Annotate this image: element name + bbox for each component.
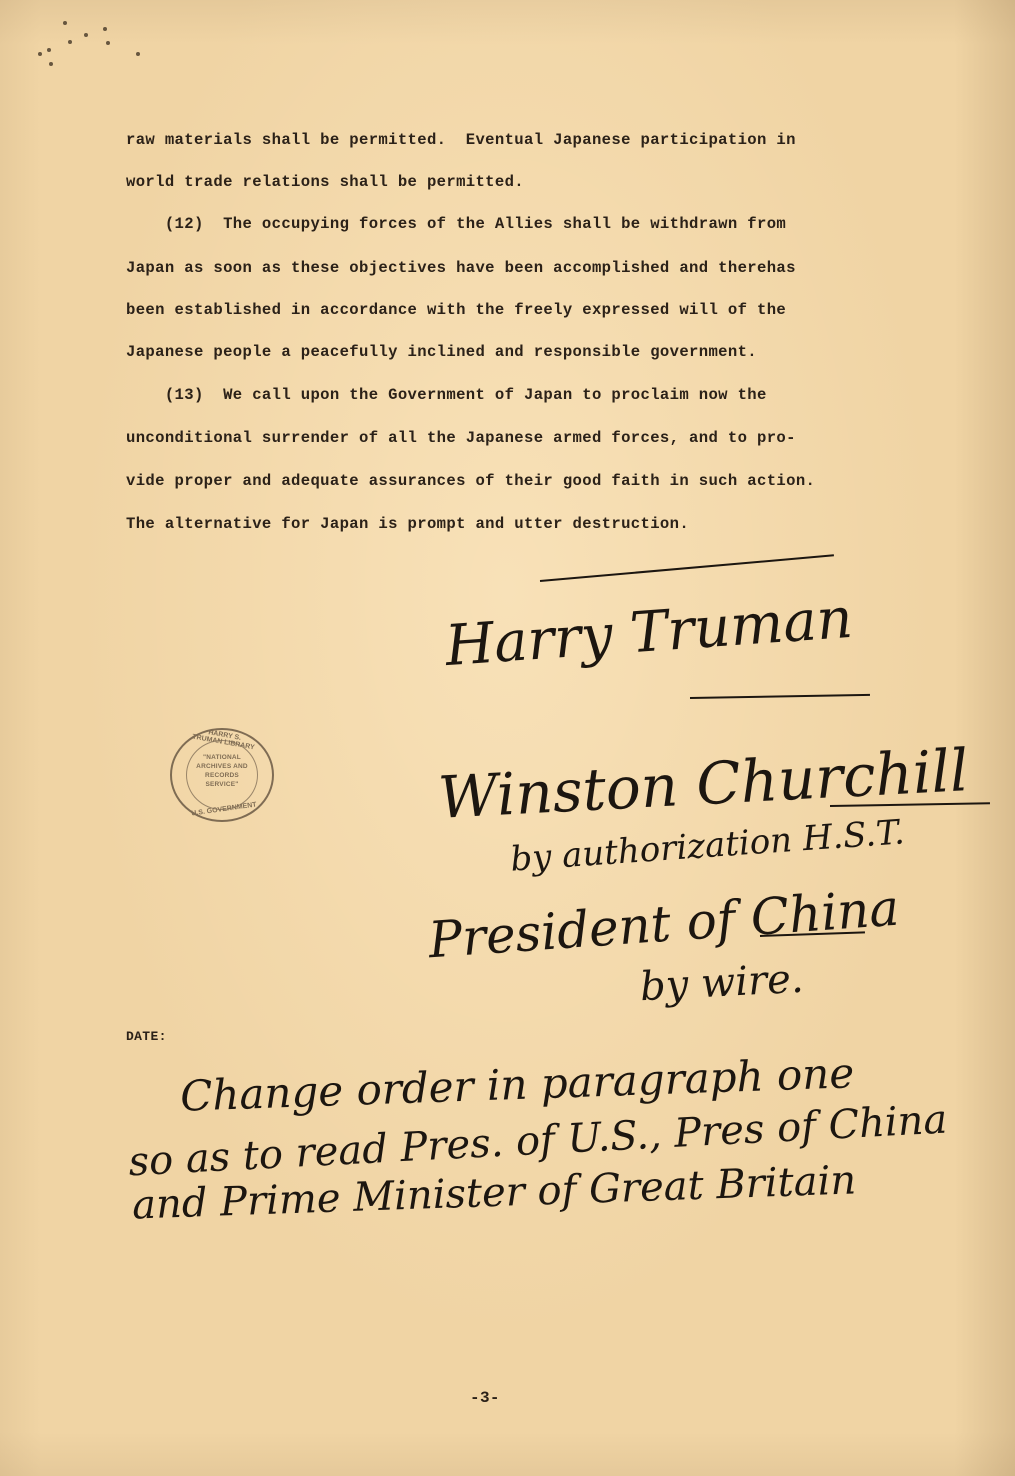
- date-label: DATE:: [126, 1027, 866, 1047]
- signature-flourish: [540, 554, 834, 582]
- stamp-text: ARCHIVES AND: [172, 763, 272, 771]
- document-page: raw materials shall be permitted. Eventu…: [0, 0, 1015, 1476]
- text-line: world trade relations shall be permitted…: [126, 172, 866, 192]
- text-line: vide proper and adequate assurances of t…: [126, 471, 866, 491]
- text-line: (12) The occupying forces of the Allies …: [126, 214, 866, 234]
- text-line: Japanese people a peacefully inclined an…: [126, 342, 866, 362]
- text-line: raw materials shall be permitted. Eventu…: [126, 130, 866, 150]
- page-number: -3-: [470, 1388, 530, 1408]
- text-line: been established in accordance with the …: [126, 300, 866, 320]
- archives-stamp: HARRY S. TRUMAN LIBRARY "NATIONAL ARCHIV…: [170, 728, 274, 822]
- signature-china-note: by wire.: [639, 956, 805, 1010]
- signature-underline: [690, 694, 870, 699]
- stamp-text: SERVICE": [172, 781, 272, 789]
- text-line: unconditional surrender of all the Japan…: [126, 428, 866, 448]
- signature-truman: Harry Truman: [443, 586, 854, 679]
- text-line: Japan as soon as these objectives have b…: [126, 258, 866, 278]
- signature-china: President of China: [427, 879, 901, 970]
- text-line: The alternative for Japan is prompt and …: [126, 514, 866, 534]
- text-line: (13) We call upon the Government of Japa…: [126, 385, 866, 405]
- stamp-text: "NATIONAL: [172, 754, 272, 762]
- stamp-text: RECORDS: [172, 772, 272, 780]
